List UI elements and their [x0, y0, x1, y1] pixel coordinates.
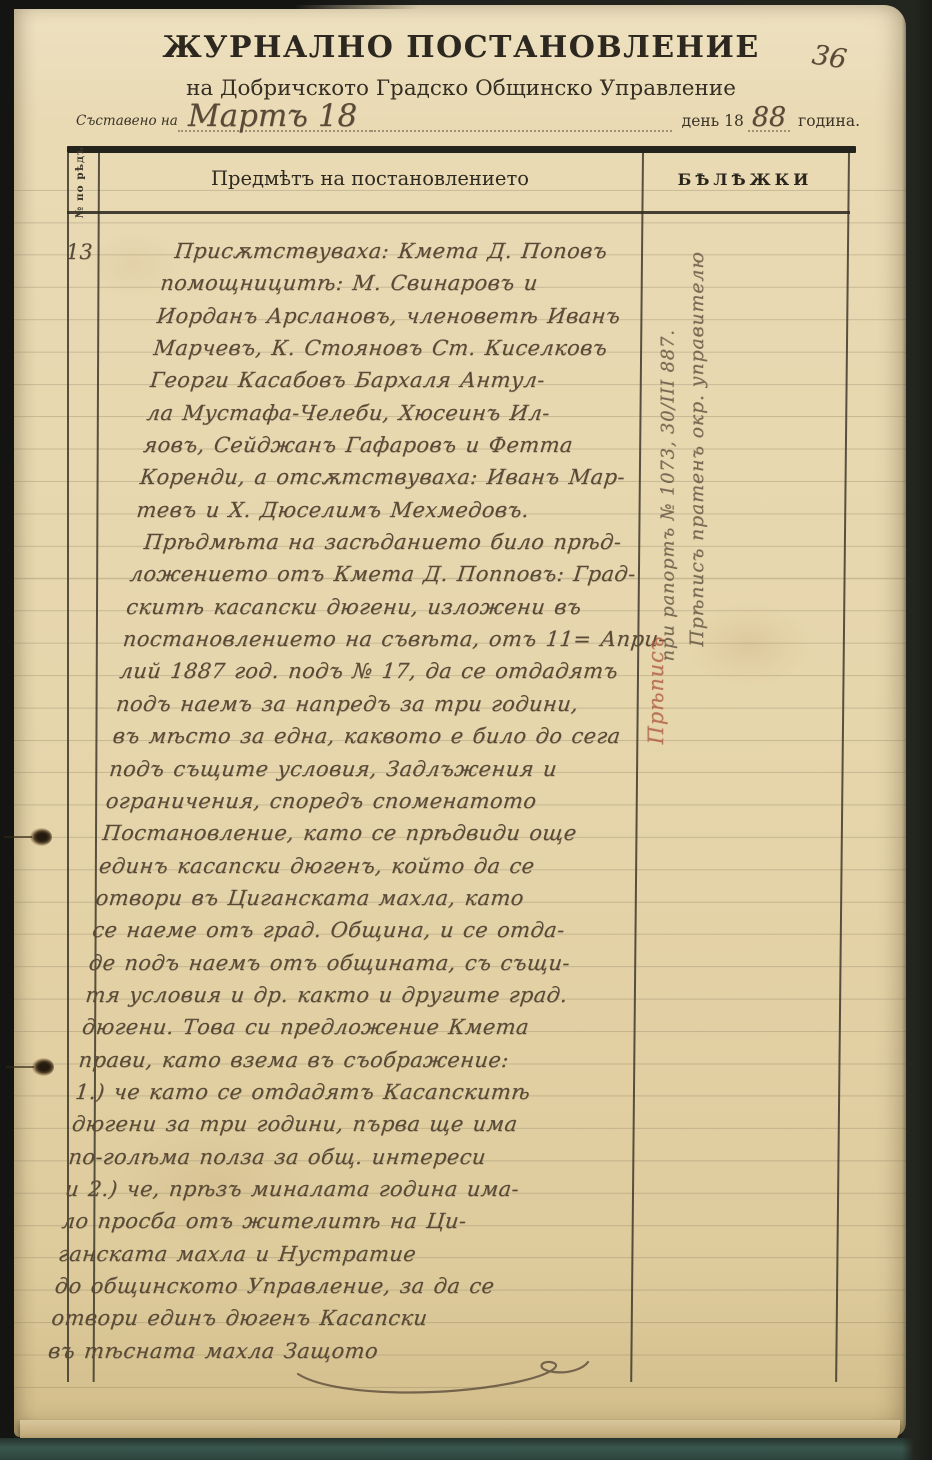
handwritten-line: Коренди, а отсѫтствуваха: Иванъ Мар-: [138, 461, 697, 493]
handwritten-line: де подъ наемъ отъ общината, съ същи-: [87, 947, 646, 979]
handwritten-line: ограничения, споредъ споменатото: [104, 785, 663, 817]
handwritten-line: постановлението на съвѣта, отъ 11= Апри-: [121, 623, 680, 655]
scan-background-right: [902, 0, 932, 1460]
table-header-underline: [67, 211, 850, 214]
day-label: день 18: [672, 112, 748, 132]
handwritten-line: Постановление, като се прѣдвиди още: [101, 817, 660, 849]
date-prefix-label: Съставено на: [76, 113, 178, 132]
scan-background-top: [0, 0, 420, 9]
handwritten-line: Присѫтствуваха: Кмета Д. Поповъ: [162, 235, 721, 267]
margin-note-red-pencil: Прѣписъ: [644, 600, 668, 780]
handwritten-line: отвори единъ дюгенъ Касапски: [50, 1302, 609, 1334]
dotted-rule: [371, 130, 671, 132]
handwritten-line: ганската махла и Нустратие: [57, 1238, 616, 1270]
book-cover-bottom: [0, 1438, 932, 1460]
column-header-row-number-label: № по рѣдъ: [74, 146, 86, 218]
handwritten-date: Мартъ 18: [178, 102, 371, 132]
handwritten-line: до общинското Управление, за да се: [53, 1270, 612, 1302]
handwritten-line: отвори въ Циганската махла, като: [94, 882, 653, 914]
handwritten-line: Иорданъ Арслановъ, членоветѣ Иванъ: [155, 300, 714, 332]
handwritten-line: и 2.) че, прѣзъ миналата година има-: [64, 1173, 623, 1205]
binding-hole: [32, 1058, 54, 1076]
handwritten-line: единъ касапски дюгенъ, който да се: [98, 850, 657, 882]
binding-hole: [30, 828, 52, 846]
handwritten-line: скитѣ касапски дюгени, изложени въ: [125, 591, 684, 623]
handwritten-line: 1.) че като се отдадятъ Касапскитѣ: [74, 1076, 633, 1108]
handwritten-line: ло просба отъ жителитѣ на Ци-: [60, 1205, 619, 1237]
table-top-bar: [67, 146, 856, 153]
handwritten-line: по-голѣма полза за общ. интереси: [67, 1141, 626, 1173]
handwritten-line: подъ същите условия, Задлъжения и: [108, 753, 667, 785]
handwritten-line: Георги Касабовъ Бархаля Антул-: [148, 364, 707, 396]
column-header-row-number: № по рѣдъ: [60, 153, 100, 211]
closing-flourish-stroke: [292, 1356, 592, 1400]
handwritten-line: подъ наемъ за напредъ за три години,: [114, 688, 673, 720]
handwritten-line: тя условия и др. както и другите град.: [84, 979, 643, 1011]
column-header-subject: Предмѣтъ на постановлението: [98, 167, 642, 190]
handwritten-line: прави, като взема въ съображение:: [77, 1044, 636, 1076]
handwritten-line: Марчевъ, К. Стояновъ Ст. Киселковъ: [152, 332, 711, 364]
handwritten-line: тевъ и Х. Дюселимъ Мехмедовъ.: [135, 494, 694, 526]
margin-note-pencil-1: Прѣписъ пратенъ окр. управителю: [686, 244, 708, 654]
handwritten-line: ложението отъ Кмета Д. Попповъ: Град-: [128, 558, 687, 590]
handwritten-line: Прѣдмѣта на засѣданието било прѣд-: [131, 526, 690, 558]
handwritten-line: яовъ, Сейджанъ Гафаровъ и Фетта: [142, 429, 701, 461]
handwritten-line: ла Мустафа-Челеби, Хюсеинъ Ил-: [145, 397, 704, 429]
date-line: Съставено на Мартъ 18 день 18 88 година.: [76, 98, 860, 132]
handwritten-line: помощницитѣ: М. Свинаровъ и: [159, 267, 718, 299]
handwritten-line: се наеме отъ град. Община, и се отда-: [91, 914, 650, 946]
handwritten-line: въ мѣсто за една, каквото е било до сега: [111, 720, 670, 752]
document-title: ЖУРНАЛНО ПОСТАНОВЛЕНИЕ: [66, 30, 856, 65]
year-suffix-label: година.: [790, 112, 860, 132]
handwritten-year: 88: [748, 106, 790, 132]
handwritten-line: дюгени за три години, първа ще има: [70, 1108, 629, 1140]
entry-row-number: 13: [66, 240, 96, 264]
handwritten-line: дюгени. Това си предложение Кмета: [81, 1011, 640, 1043]
handwritten-line: лий 1887 год. подъ № 17, да се отдадятъ: [118, 655, 677, 687]
scanned-ledger-page: ЖУРНАЛНО ПОСТАНОВЛЕНИЕ на Добричското Гр…: [0, 0, 932, 1460]
handwritten-body: Присѫтствуваха: Кмета Д. Поповъпомощници…: [47, 235, 722, 1367]
column-header-notes: БѢЛѢЖКИ: [642, 170, 848, 189]
